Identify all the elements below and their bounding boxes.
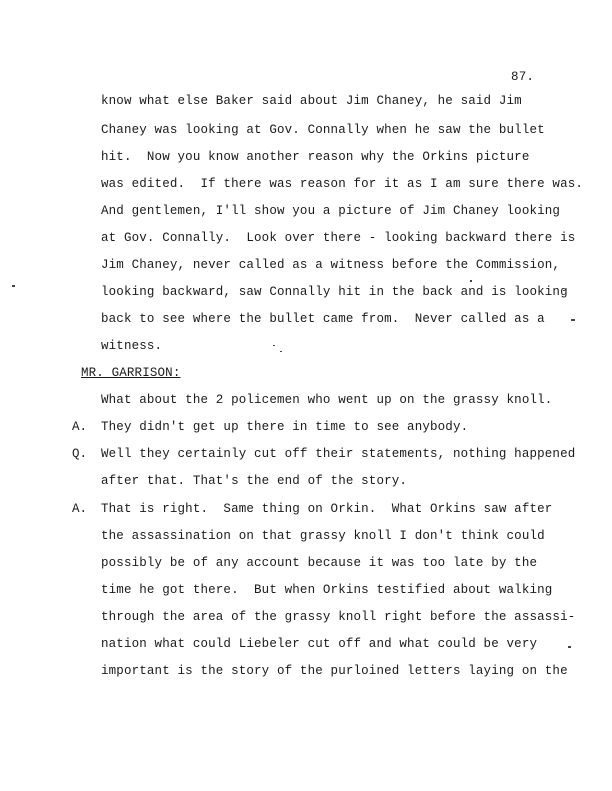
scan-speck	[568, 646, 571, 648]
transcript-line: through the area of the grassy knoll rig…	[101, 610, 575, 624]
answer-marker: A.	[72, 502, 87, 516]
transcript-line: Well they certainly cut off their statem…	[101, 447, 575, 461]
answer-marker: A.	[72, 420, 87, 434]
transcript-line: looking backward, saw Connally hit in th…	[101, 285, 568, 299]
transcript-line: was edited. If there was reason for it a…	[101, 177, 583, 191]
scan-speck	[273, 345, 275, 346]
scan-speck	[280, 351, 282, 352]
transcript-line: time he got there. But when Orkins testi…	[101, 583, 552, 597]
transcript-line: after that. That's the end of the story.	[101, 474, 407, 488]
transcript-line: nation what could Liebeler cut off and w…	[101, 637, 537, 651]
transcript-line: That is right. Same thing on Orkin. What…	[101, 502, 552, 516]
scan-speck	[470, 280, 472, 282]
question-marker: Q.	[72, 447, 87, 461]
document-page: 87. know what else Baker said about Jim …	[0, 0, 612, 791]
transcript-line: Chaney was looking at Gov. Connally when…	[101, 123, 545, 137]
transcript-line: They didn't get up there in time to see …	[101, 420, 468, 434]
scan-speck	[563, 290, 565, 291]
transcript-line: witness.	[101, 339, 162, 353]
scan-speck	[571, 319, 575, 321]
transcript-line: the assassination on that grassy knoll I…	[101, 529, 545, 543]
transcript-line: And gentlemen, I'll show you a picture o…	[101, 204, 560, 218]
transcript-line: back to see where the bullet came from. …	[101, 312, 545, 326]
transcript-line: at Gov. Connally. Look over there - look…	[101, 231, 575, 245]
speaker-label: MR. GARRISON:	[81, 366, 180, 380]
transcript-line: What about the 2 policemen who went up o…	[101, 393, 552, 407]
transcript-line: Jim Chaney, never called as a witness be…	[101, 258, 560, 272]
transcript-line: know what else Baker said about Jim Chan…	[101, 94, 522, 108]
scan-speck	[12, 285, 15, 287]
transcript-line: possibly be of any account because it wa…	[101, 556, 537, 570]
transcript-line: hit. Now you know another reason why the…	[101, 150, 529, 164]
page-number: 87.	[511, 70, 534, 84]
transcript-line: important is the story of the purloined …	[101, 664, 568, 678]
